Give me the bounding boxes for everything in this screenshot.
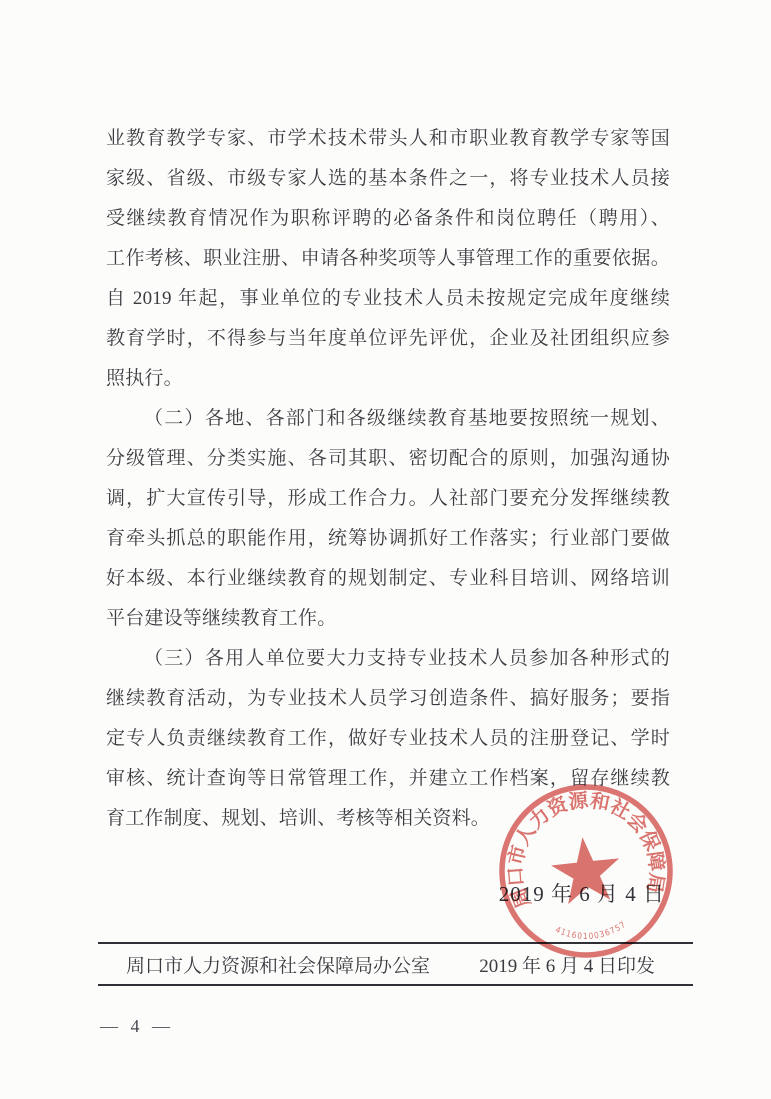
body-line: 好本级、本行业继续教育的规划制定、专业科目培训、网络培训: [106, 559, 670, 599]
star-icon: [548, 834, 623, 906]
document-page: 业教育教学专家、市学术技术带头人和市职业教育教学专家等国 家级、省级、市级专家人…: [0, 0, 771, 1099]
footer-issuing-office: 周口市人力资源和社会保障局办公室: [126, 951, 430, 978]
body-line: （三）各用人单位要大力支持专业技术人员参加各种形式的: [106, 639, 670, 679]
official-seal-icon: 周口市人力资源和社会保障局 4116010036757: [487, 772, 685, 970]
body-line: 分级管理、分类实施、各司其职、密切配合的原则，加强沟通协: [106, 439, 670, 479]
body-line: 育牵头抓总的职能作用，统筹协调抓好工作落实；行业部门要做: [106, 519, 670, 559]
body-line: 定专人负责继续教育工作，做好专业技术人员的注册登记、学时: [106, 719, 670, 759]
body-line: 教育学时，不得参与当年度单位评先评优，企业及社团组织应参: [106, 319, 670, 359]
body-line: 自 2019 年起，事业单位的专业技术人员未按规定完成年度继续: [106, 279, 670, 319]
body-line: 业教育教学专家、市学术技术带头人和市职业教育教学专家等国: [106, 119, 670, 159]
body-line: 平台建设等继续教育工作。: [106, 599, 670, 639]
seal-code-text: 4116010036757: [553, 918, 630, 946]
page-number: — 4 —: [100, 1016, 174, 1037]
document-body: 业教育教学专家、市学术技术带头人和市职业教育教学专家等国 家级、省级、市级专家人…: [106, 119, 670, 839]
body-line: 家级、省级、市级专家人选的基本条件之一，将专业技术人员接: [106, 159, 670, 199]
body-line: 照执行。: [106, 359, 670, 399]
svg-text:4116010036757: 4116010036757: [553, 918, 630, 946]
body-line: 调，扩大宣传引导，形成工作合力。人社部门要充分发挥继续教: [106, 479, 670, 519]
body-line: 继续教育活动，为专业技术人员学习创造条件、搞好服务；要指: [106, 679, 670, 719]
body-line: 受继续教育情况作为职称评聘的必备条件和岗位聘任（聘用）、: [106, 199, 670, 239]
body-line: （二）各地、各部门和各级继续教育基地要按照统一规划、: [106, 399, 670, 439]
body-line: 工作考核、职业注册、申请各种奖项等人事管理工作的重要依据。: [106, 239, 670, 279]
